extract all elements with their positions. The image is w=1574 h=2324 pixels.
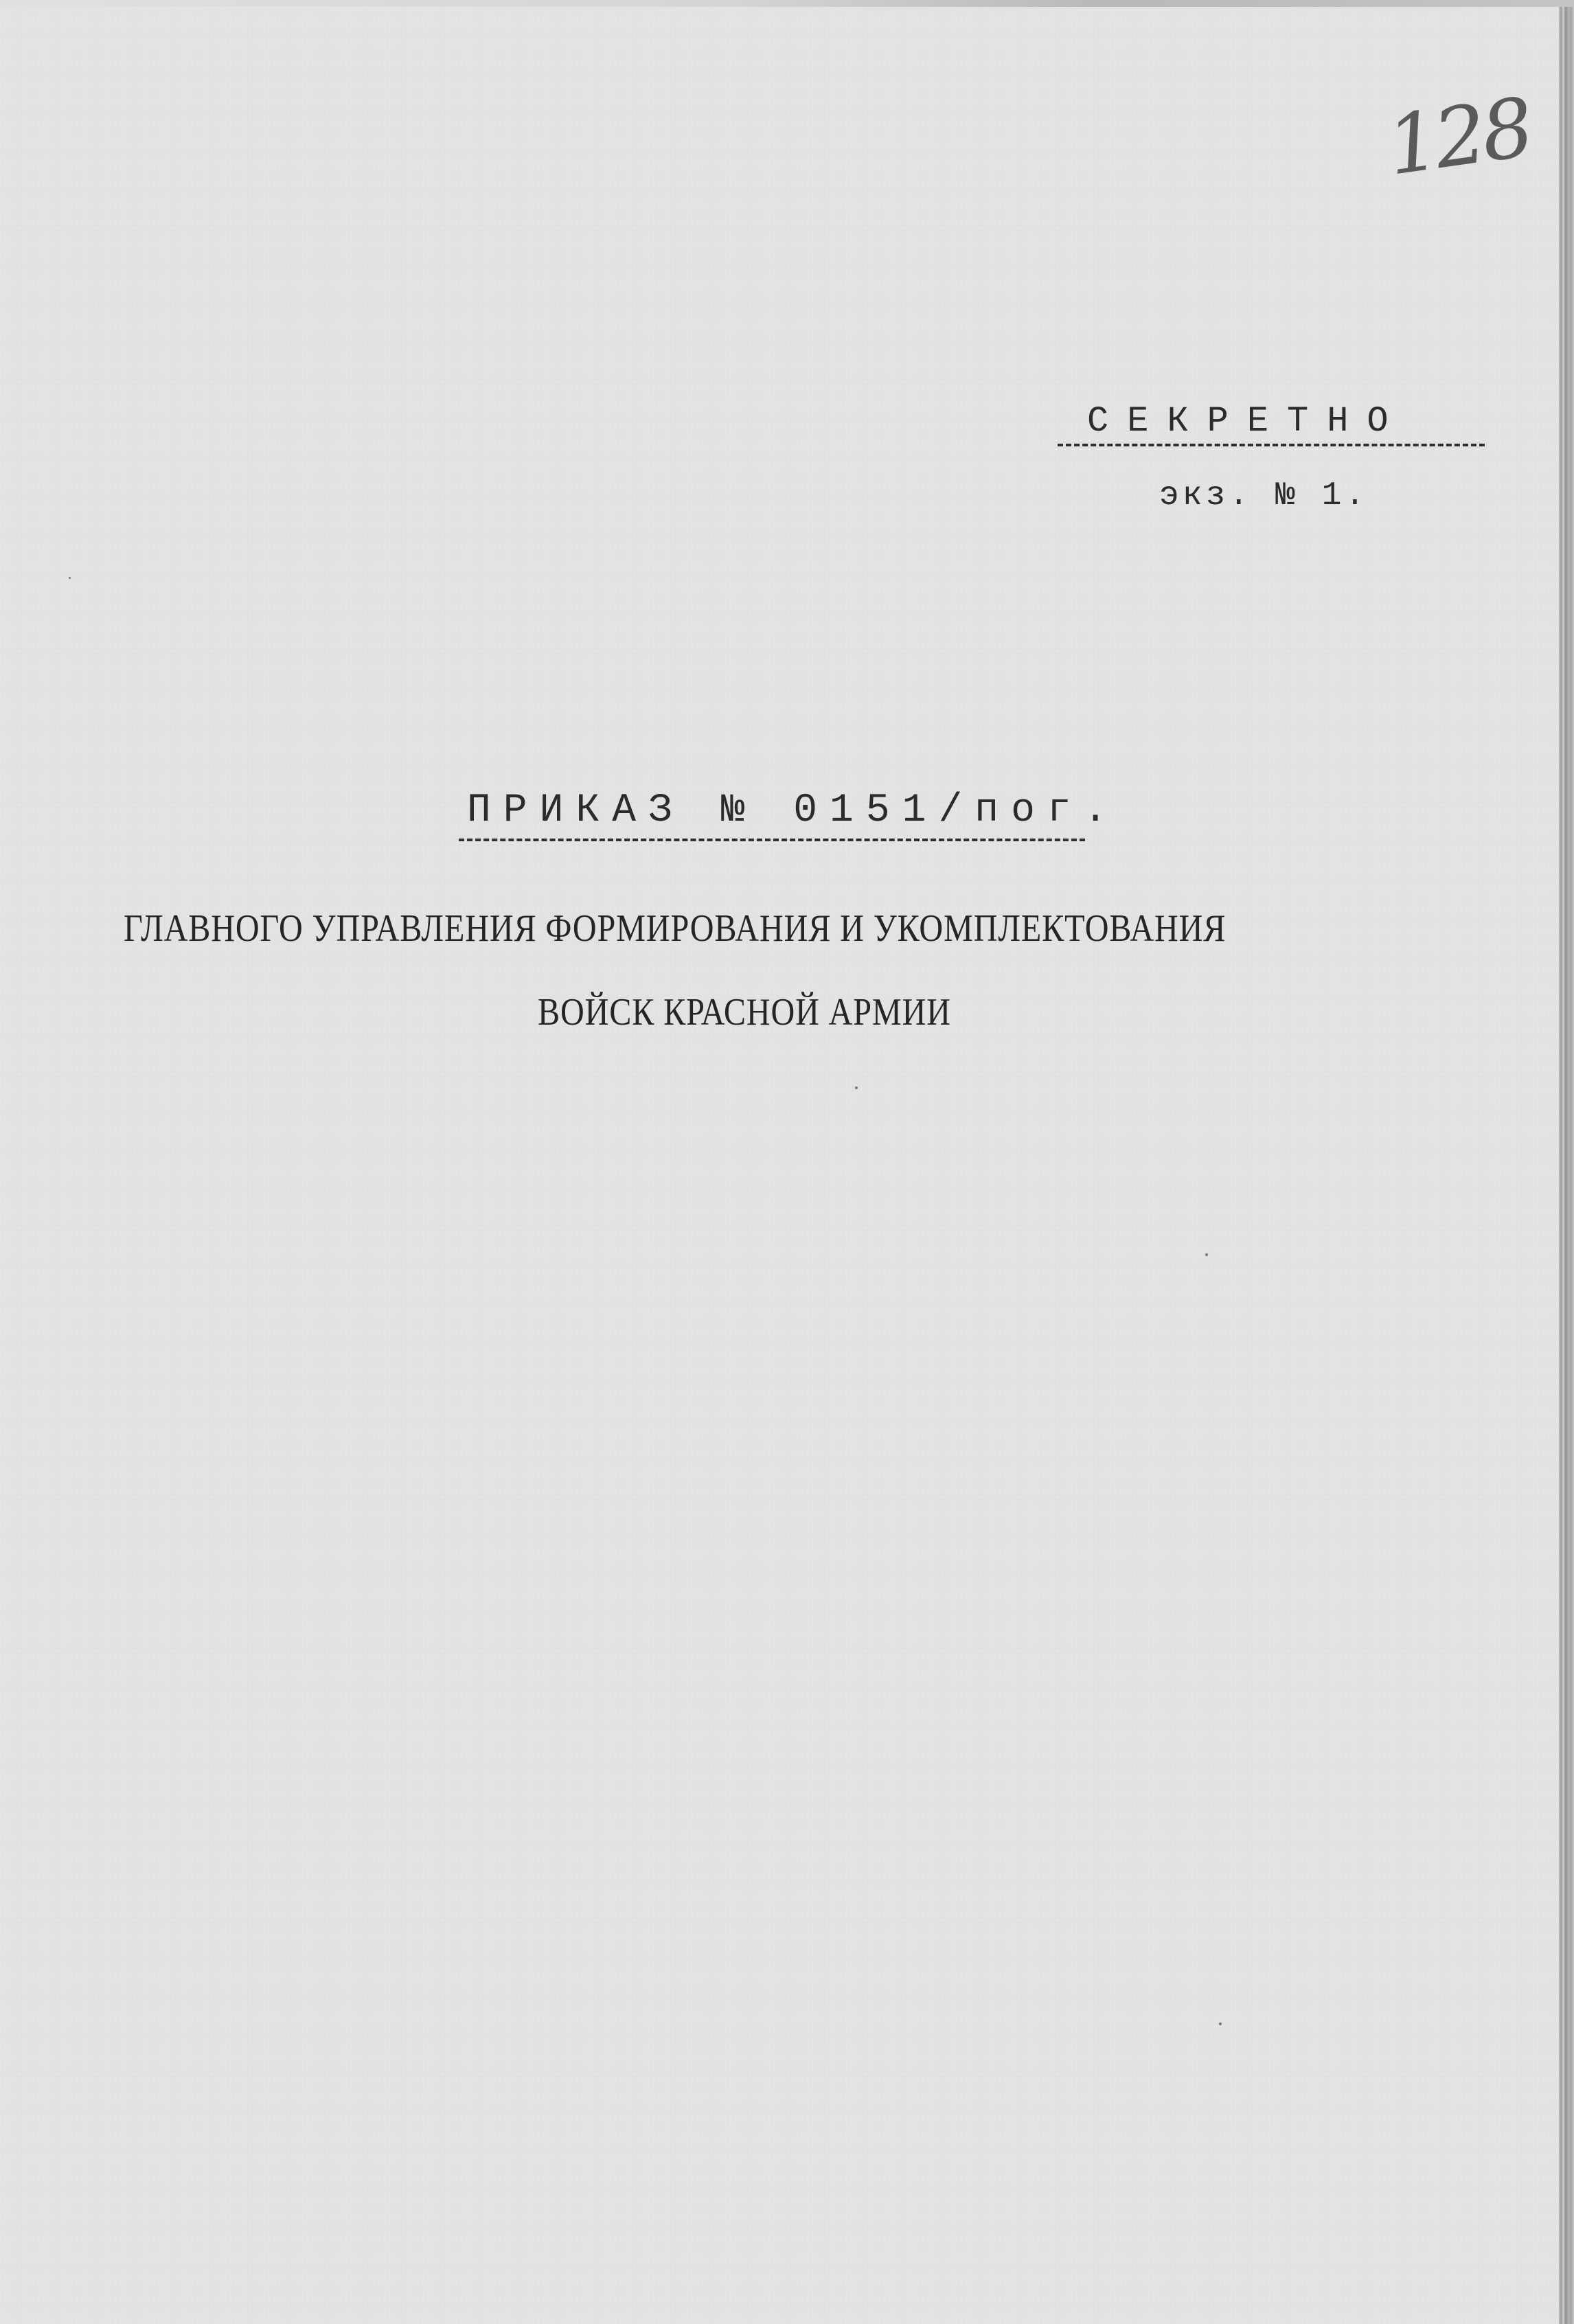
document-page: 128 СЕКРЕТНО экз. № 1. ПРИКАЗ № 0151/пог…: [0, 7, 1560, 2324]
classification-stamp: СЕКРЕТНО: [1087, 401, 1407, 442]
order-title-underline: [459, 839, 1085, 841]
copy-number: экз. № 1.: [1159, 477, 1368, 514]
issuer-line-2: ВОЙСК КРАСНОЙ АРМИИ: [538, 990, 951, 1034]
issuer-line-1: ГЛАВНОГО УПРАВЛЕНИЯ ФОРМИРОВАНИЯ И УКОМП…: [124, 907, 1226, 950]
scan-top-edge: [0, 0, 1574, 7]
paper-speck: [855, 1086, 858, 1089]
classification-underline: [1058, 444, 1485, 446]
scan-right-edge: [1559, 7, 1574, 2324]
order-title: ПРИКАЗ № 0151/пог.: [467, 788, 1120, 833]
paper-speck: [1205, 1253, 1208, 1256]
paper-speck: [1219, 2023, 1222, 2025]
handwritten-page-number: 128: [1381, 80, 1535, 193]
paper-speck: [69, 577, 71, 579]
